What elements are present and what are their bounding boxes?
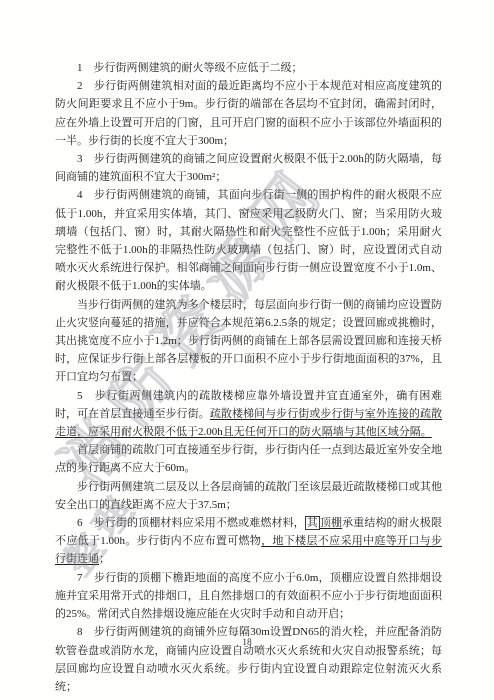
paragraph-item-1: 1 步行街两侧建筑的耐火等级不应低于二级；: [55, 59, 442, 77]
paragraph-item-8: 8 步行街两侧建筑的商铺外应每隔30m设置DN65的消火栓，并应配备消防软管卷盘…: [55, 623, 442, 696]
paragraph-item-5: 5 步行街两侧建筑内的疏散楼梯应靠外墙设置并宜直通室外，确有困难时，可在首层直接…: [55, 387, 442, 442]
item-6-underlined-text-1: 顶棚: [320, 517, 342, 529]
item-6-normal-text: 6 步行街的顶棚材料应采用不燃或难燃材料，: [77, 517, 305, 529]
paragraph-item-2: 2 步行街两侧建筑相对面的最近距离均不应小于本规范对相应高度建筑的防火间距要求且…: [55, 77, 442, 150]
paragraph-item-3: 3 步行街两侧建筑的商铺之间应设置耐火极限不低于2.00h的防火隔墙，每间商铺的…: [55, 150, 442, 186]
paragraph-item-5-continuation-2: 步行街两侧建筑二层及以上各层商铺的疏散门至该层最近疏散楼梯口或其他安全出口的直线…: [55, 478, 442, 514]
page-number: 18: [0, 638, 494, 648]
paragraph-item-4-continuation: 当步行街两侧的建筑为多个楼层时，每层面向步行街一侧的商铺均应设置防止火灾竖向蔓延…: [55, 296, 442, 387]
document-page: 消防资源网 整理 1 步行街两侧建筑的耐火等级不应低于二级； 2 步行街两侧建筑…: [0, 0, 494, 700]
item-6-boxed-deleted-text: 其: [305, 516, 320, 530]
paragraph-item-5-continuation-1: 首层商铺的疏散门可直接通至步行街，步行街内任一点到达最近室外安全地点的步行距离不…: [55, 441, 442, 477]
paragraph-item-4: 4 步行街两侧建筑的商铺，其面向步行街一侧的围护构件的耐火极限不应低于1.00h…: [55, 186, 442, 295]
paragraph-item-6: 6 步行街的顶棚材料应采用不燃或难燃材料，其顶棚承重结构的耐火极限不应低于1.0…: [55, 514, 442, 569]
item-6-normal-text-3: ；: [99, 553, 110, 565]
paragraph-item-7: 7 步行街的顶棚下檐距地面的高度不应小于6.0m，顶棚应设置自然排烟设施并宜采用…: [55, 569, 442, 624]
body-text: 1 步行街两侧建筑的耐火等级不应低于二级； 2 步行街两侧建筑相对面的最近距离均…: [55, 59, 442, 696]
